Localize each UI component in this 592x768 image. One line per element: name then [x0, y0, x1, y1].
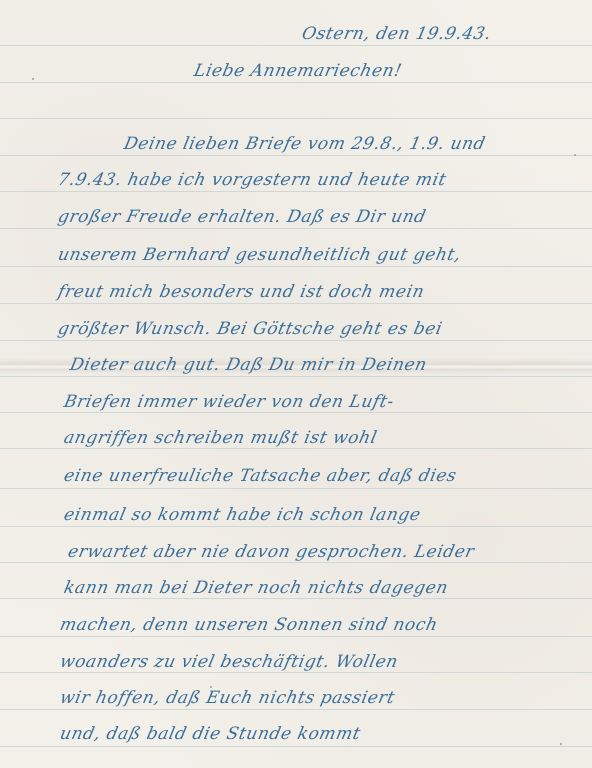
ruled-line [0, 598, 592, 599]
letter-line: unserem Bernhard gesundheitlich gut geht… [56, 245, 463, 265]
ruled-line [0, 45, 592, 46]
paper-speck [32, 78, 34, 80]
ruled-line [0, 340, 592, 341]
ruled-line [0, 118, 592, 119]
ruled-line [0, 82, 592, 83]
letter-line: woanders zu viel beschäftigt. Wollen [58, 652, 400, 672]
ruled-line [0, 266, 592, 267]
ruled-line [0, 412, 592, 413]
ruled-line [0, 672, 592, 673]
ruled-line [0, 191, 592, 192]
letter-line: erwartet aber nie davon gesprochen. Leid… [66, 542, 476, 562]
salutation: Liebe Annemariechen! [192, 61, 404, 81]
ruled-line [0, 448, 592, 449]
letter-line: kann man bei Dieter noch nichts dagegen [62, 578, 450, 598]
ruled-line [0, 155, 592, 156]
paper-speck [210, 686, 212, 688]
ruled-line [0, 746, 592, 747]
letter-line: großer Freude erhalten. Daß es Dir und [56, 207, 428, 227]
letter-line: Deine lieben Briefe vom 29.8., 1.9. und [122, 134, 487, 154]
letter-page: Ostern, den 19.9.43. Liebe Annemariechen… [0, 0, 592, 768]
letter-line: einmal so kommt habe ich schon lange [62, 505, 423, 525]
paper-speck [574, 154, 576, 156]
letter-line: eine unerfreuliche Tatsache aber, daß di… [62, 466, 459, 486]
ruled-line [0, 376, 592, 377]
place-date: Ostern, den 19.9.43. [300, 24, 493, 44]
paper-speck [560, 743, 562, 745]
letter-line: wir hoffen, daß Euch nichts passiert [58, 688, 397, 708]
letter-line: angriffen schreiben mußt ist wohl [62, 428, 379, 448]
letter-line: freut mich besonders und ist doch mein [56, 282, 426, 302]
ruled-line [0, 526, 592, 527]
ruled-line [0, 709, 592, 710]
letter-line: und, daß bald die Stunde kommt [58, 724, 362, 744]
ruled-line [0, 228, 592, 229]
ruled-line [0, 303, 592, 304]
letter-line: 7.9.43. habe ich vorgestern und heute mi… [56, 170, 448, 190]
letter-line: Briefen immer wieder von den Luft- [62, 392, 396, 412]
letter-line: machen, denn unseren Sonnen sind noch [58, 615, 440, 635]
ruled-line [0, 488, 592, 489]
letter-line: größter Wunsch. Bei Göttsche geht es bei [56, 319, 444, 339]
ruled-line [0, 562, 592, 563]
letter-line: Dieter auch gut. Daß Du mir in Deinen [68, 355, 429, 375]
ruled-line [0, 636, 592, 637]
